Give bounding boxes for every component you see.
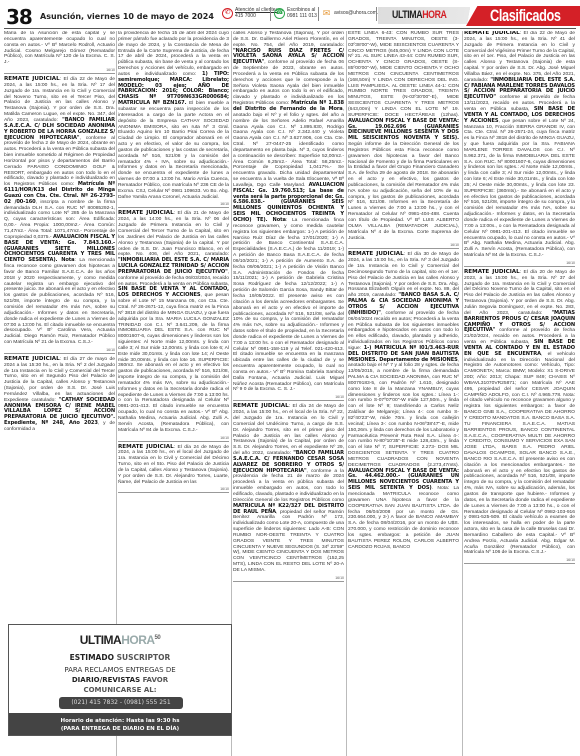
classified-notice: María de la Asunción de esta capital y s… [4,31,115,66]
whatsapp-contact: ☎ Escribinos al 0981 111 013 [274,7,317,19]
classified-notice: REMATE JUDICIAL: El día 24 de Mayo de 20… [233,404,344,573]
column-divider [346,31,347,756]
classified-notice: REMATE JUDICIAL: El día 22 de Mayo de 20… [464,31,575,259]
notice-code: 16/10 [4,68,115,74]
header-rule [4,28,576,29]
classified-notice: REMATE JUDICIAL: El día 20 de Mayo de 20… [464,270,575,556]
column-3: calles Alonso y Testanova (Sajonia), Y p… [233,31,344,756]
section-banner: Clasificados [466,6,580,26]
classified-notice: ESTE LINEA 6-43: CON RUMBO SUR TRES GRAD… [348,31,459,241]
notice-code: 16/10 [118,202,229,208]
phone-icon: ✆ [222,8,233,19]
classified-notice: la providencia de fecha 15 de abril del … [118,31,229,200]
mail-icon: ✉ [321,7,332,18]
ad-heading-b: SUSCRIPTOR [117,653,171,662]
ad-footer: Horario de atención: Hasta las 9:30 hs (… [9,713,231,735]
notice-code: 16/10 [118,436,229,442]
page-header: 38 Asunción, viernes 10 de mayo de 2024 … [0,0,580,30]
classified-notice: calles Alonso y Testanova (Sajonia), Y p… [233,31,344,393]
notice-code: 16/10 [118,487,229,493]
contact-value: 0981 111 013 [287,13,317,19]
column-5: REMATE JUDICIAL: El día 22 de Mayo de 20… [464,31,575,756]
column-4: ESTE LINEA 6-43: CON RUMBO SUR TRES GRAD… [348,31,459,756]
notice-code: 16/10 [464,261,575,267]
ad-hours: Horario de atención: Hasta las 9:30 hs [60,718,179,724]
whatsapp-icon: ☎ [274,8,285,19]
ad-line-3: DIARIO/REVISTAS FAVOR [9,676,231,684]
divider [376,7,377,21]
divider [318,7,319,21]
ad-logo-text: ULTIMA [80,633,121,647]
notice-code: 16/10 [233,576,344,582]
column-divider [462,31,463,756]
subscriber-ad: ULTIMAHORA50 ESTIMADO SUSCRIPTOR PARA RE… [8,624,232,736]
ad-logo: ULTIMAHORA50 [9,633,231,647]
notice-code: 16/10 [464,558,575,564]
notice-code: 16/10 [233,395,344,401]
ad-heading: ESTIMADO SUSCRIPTOR [9,653,231,662]
issue-date: Asunción, viernes 10 de mayo de 2024 [40,12,214,21]
divider [270,7,271,21]
ultimahora-logo: ULTIMAHORA [392,9,447,21]
section-title: Clasificados [490,6,561,26]
logo-text-accent: HORA [422,9,446,21]
classified-notice: REMATE JUDICIAL: El día 22 de Mayo de 20… [4,77,115,346]
classified-notice: REMATE JUDICIAL: El día 27 de mayo de 20… [4,357,115,433]
page-number: 38 [6,5,32,29]
ad-line-4: COMUNICARSE AL: [9,686,231,694]
classified-notice: REMATE JUDICIAL: El día 21 de Mayo de 20… [118,211,229,433]
ad-line-2: PARA RECLAMOS ENTREGAS DE [9,666,231,674]
logo-text: ULTIMA [392,9,422,21]
ad-phone-numbers[interactable]: (021) 415 7832 - (0981) 555 251 [59,697,183,709]
classified-notice: REMATE JUDICIAL: El día 30 de Mayo de 20… [348,252,459,550]
anniversary-badge: 50 [155,635,161,641]
email-contact: ✉ avisos@uhora.com.py [321,7,384,18]
contact-value: 415 7000 [235,13,256,19]
notice-code: 16/10 [4,348,115,354]
column-1: María de la Asunción de esta capital y s… [4,31,115,555]
customer-service-contact: ✆ Atención al cliente: 415 7000 [222,7,277,19]
ad-hours-note: (PARA ENTREGA DE DIARIO EN EL DÍA) [61,726,179,732]
ad-line-3a: DIARIO/REVISTAS [72,676,140,684]
ad-heading-a: ESTIMADO [70,653,114,662]
ad-logo-text-accent: HORA [121,633,154,647]
classified-notice: REMATE JUDICIAL: El día 24 de Mayo de 20… [118,445,229,486]
notice-code: 16/10 [348,243,459,249]
ad-line-3b: FAVOR [143,676,169,684]
